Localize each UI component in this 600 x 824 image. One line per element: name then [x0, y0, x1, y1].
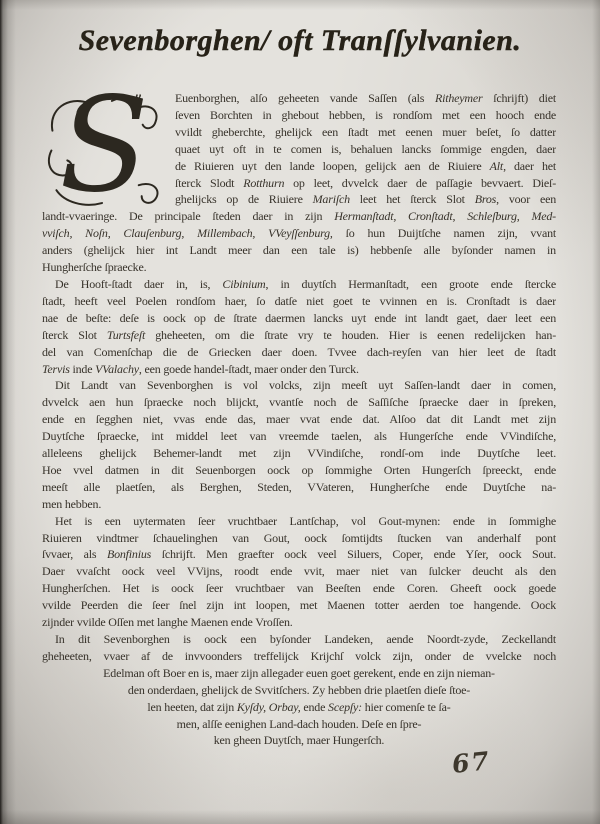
drop-cap-initial-s: S ” — [42, 91, 166, 208]
text-line: Daer vvaſcht oock veel VVijns, roodt end… — [42, 563, 556, 580]
text-line: dvvelck aen hun ſpraecke noch blijckt, v… — [42, 394, 556, 411]
text-line: Duytſche ſpraecke, int middel leet van v… — [42, 428, 556, 445]
body-text: S ” Euenborghen, alſo geheeten vande Saſ… — [42, 90, 556, 749]
text-line: ſterck Slodt Rotthurn op leet, dvvelck d… — [175, 175, 556, 192]
text-line: vviſch, Noſn, Clauſenburg, Millembach, V… — [42, 225, 556, 242]
text-line: Dit Landt van Sevenborghen is vol volcks… — [42, 377, 556, 394]
text-line: zijnder vvilde Oſſen met langhe Maenen e… — [42, 614, 556, 631]
text-line: ſtadt, heeft veel Poelen rondſom haer, ſ… — [42, 293, 556, 310]
text-line: Hungherſche ſpraecke. — [42, 259, 556, 276]
svg-text:”: ” — [134, 91, 142, 111]
text-line: In dit Sevenborghen is oock een byſonder… — [42, 631, 556, 648]
text-line: Hoe vvel datmen in dit Seuenborgen oock … — [42, 462, 556, 479]
text-line: nae de beſte: deſe is oock op de ſtrate … — [42, 310, 556, 327]
text-line: ſeven Borchten in ghebout hebben, is ron… — [175, 107, 556, 124]
text-line: de Riuieren uyt den lande loopen, gelijc… — [175, 158, 556, 175]
paragraph-4: Het is een uytermaten ſeer vruchtbaer La… — [42, 513, 556, 631]
paragraph-3: Dit Landt van Sevenborghen is vol volcks… — [42, 377, 556, 512]
text-line: Het is een uytermaten ſeer vruchtbaer La… — [42, 513, 556, 530]
text-line: ende en ſegghen niet, vvas ende das, mae… — [42, 411, 556, 428]
paragraph-5: In dit Sevenborghen is oock een byſonder… — [42, 631, 556, 749]
text-line: ſvvaer, als Bonfinius ſchrijft. Men grae… — [42, 546, 556, 563]
text-line: De Hooft-ſtadt daer in, is, Cibinium, in… — [42, 276, 556, 293]
text-line: len heeten, dat zijn Kyſdy, Orbay, ende … — [42, 699, 556, 716]
text-line: Hungherſchen. Het is oock ſeer vruchtbae… — [42, 580, 556, 597]
text-line: ghelijcks op de Riuiere Mariſch leet het… — [175, 191, 556, 208]
text-line: Edelman oft Boer en is, maer zijn allega… — [42, 665, 556, 682]
text-line: landt-vvaeringe. De principale ſteden da… — [42, 208, 556, 225]
page-number: 67 — [451, 746, 493, 779]
text-line: quaet uyt oft in te comen is, behaluen l… — [175, 141, 556, 158]
text-line: men, alſſe eenighen Land-dach houden. De… — [42, 716, 556, 733]
text-line: alleleens ghelijck Behemer-landt met zij… — [42, 445, 556, 462]
scanned-book-page: Sevenborghen/ oft Tranſſylvanien. S ” Eu… — [0, 0, 600, 824]
text-line: den onderdaen, ghelijck de Svvitſchers. … — [42, 682, 556, 699]
text-line: anders (ghelijck hier int Landt meer dan… — [42, 242, 556, 259]
paragraph-2: De Hooft-ſtadt daer in, is, Cibinium, in… — [42, 276, 556, 377]
text-line: del van Comenſchap die de Griecken daer … — [42, 344, 556, 361]
text-line: vvildt gheberchte, ghelijck een ſtadt me… — [175, 124, 556, 141]
text-line: Riuieren vindtmer ſchauelinghen van Gout… — [42, 530, 556, 547]
text-line: vvilde Peerden die ſeer ſnel zijn int lo… — [42, 597, 556, 614]
text-line: ſterck Slot Turtsfeſt gheheeten, om die … — [42, 327, 556, 344]
text-line: Euenborghen, alſo geheeten vande Saſſen … — [175, 90, 556, 107]
text-line: meeſt alle plaetſen, als Berghen, Steden… — [42, 479, 556, 496]
text-line: gheheeten, vvaer af de invvoonders treff… — [42, 648, 556, 665]
text-line: men hebben. — [42, 496, 556, 513]
text-line: Tervis inde VValachy, een goede handel-ſ… — [42, 361, 556, 378]
page-title: Sevenborghen/ oft Tranſſylvanien. — [20, 24, 580, 58]
